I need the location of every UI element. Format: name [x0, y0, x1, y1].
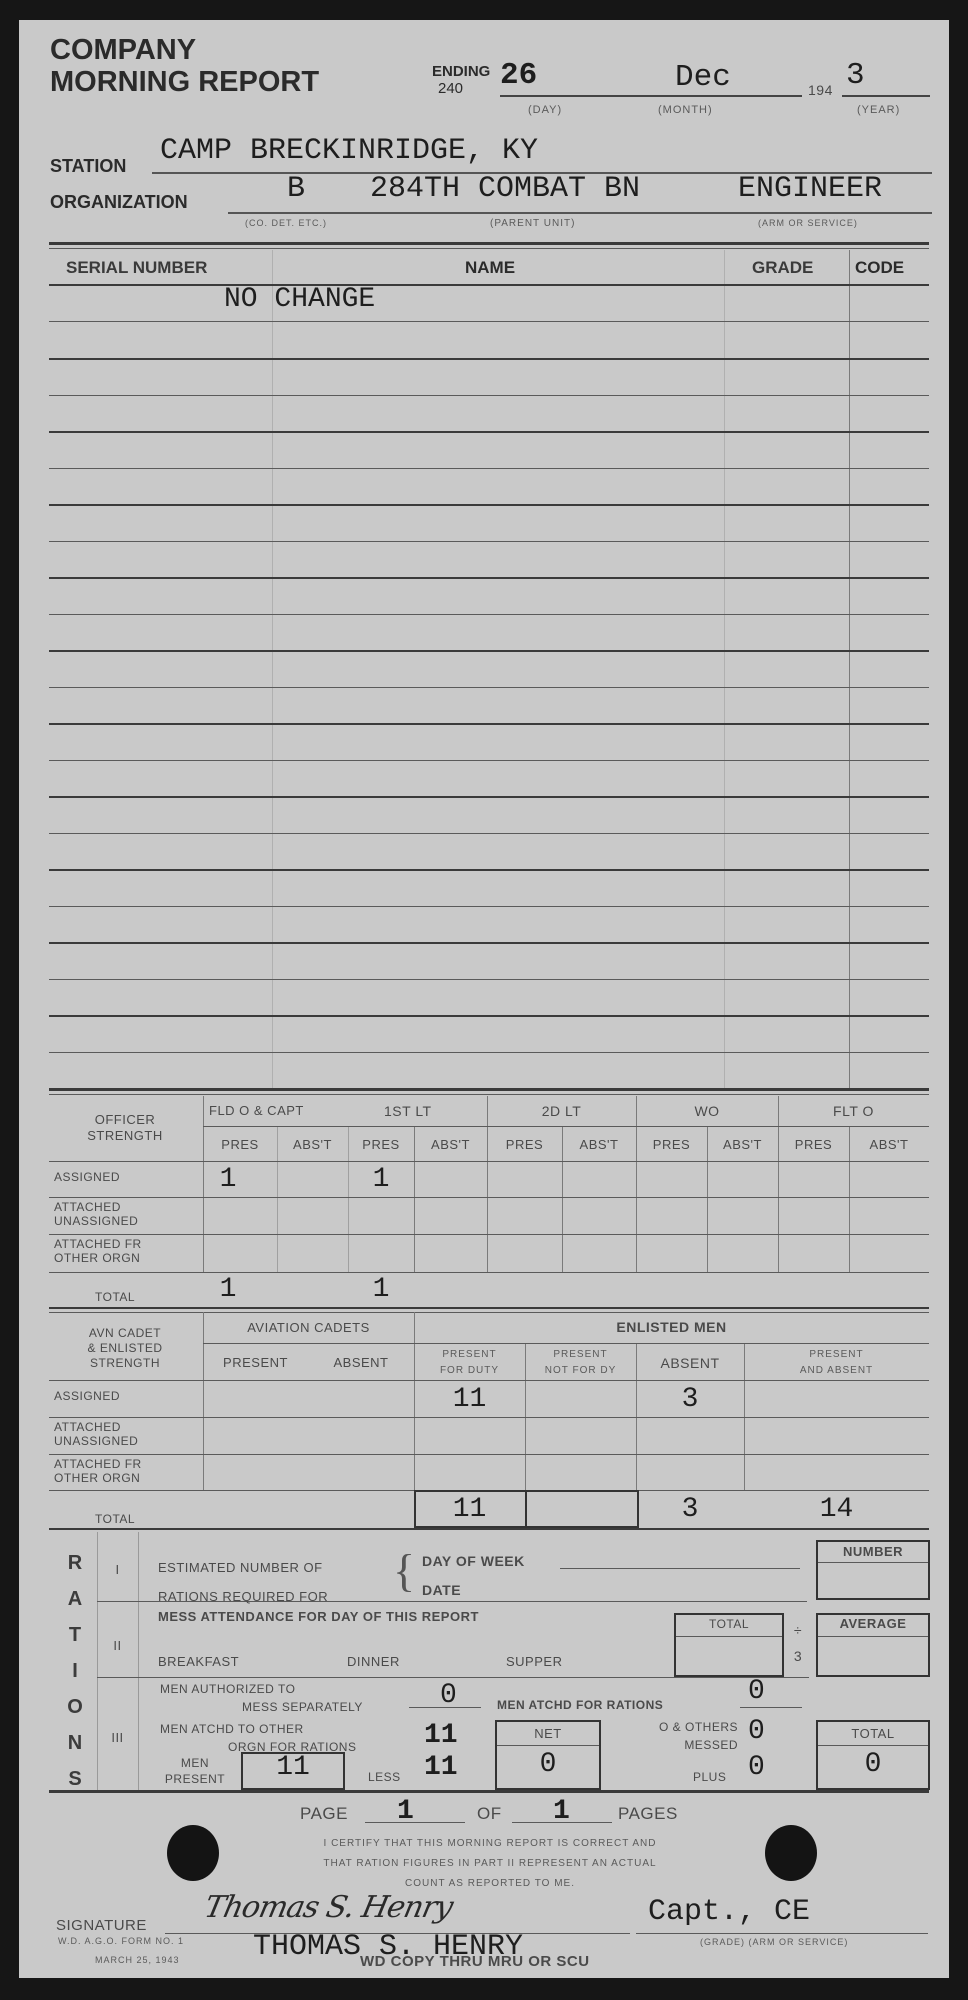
vline: [138, 1532, 139, 1790]
sub-abst: ABS'T: [414, 1137, 487, 1152]
sub-pres: PRES: [487, 1137, 562, 1152]
ending-label: ENDING: [432, 63, 490, 80]
officer-strength-title: OFFICER STRENGTH: [50, 1112, 200, 1144]
part-i-text: ESTIMATED NUMBER OF RATIONS REQUIRED FOR: [158, 1553, 328, 1611]
org-caption-arm: (ARM OR SERVICE): [758, 218, 858, 228]
less-value: 11: [424, 1752, 458, 1783]
net-value: 0: [495, 1749, 601, 1780]
average-label: AVERAGE: [816, 1616, 930, 1631]
text-line: ESTIMATED NUMBER OF: [158, 1553, 328, 1582]
vline: [778, 1096, 779, 1272]
row-rule: [49, 395, 929, 396]
others-messed-label: O & OTHERS MESSED: [628, 1718, 738, 1754]
hline: [49, 1312, 929, 1313]
letter: N: [60, 1725, 90, 1761]
mess-separately-value: 0: [440, 1680, 457, 1711]
label-line: ATTACHED: [54, 1420, 138, 1434]
plus-value: 0: [748, 1752, 765, 1783]
row-rule: [49, 358, 929, 360]
sub-abst: ABS'T: [277, 1137, 348, 1152]
less-label: LESS: [368, 1770, 401, 1784]
sub-cadet-absent: ABSENT: [308, 1355, 414, 1370]
officer-strength-title-2: STRENGTH: [50, 1128, 200, 1144]
date-underline: [500, 95, 802, 97]
header-name: NAME: [465, 258, 515, 278]
header-grade: GRADE: [752, 258, 813, 278]
row-rule: [49, 1015, 929, 1017]
ending-block: ENDING 240: [432, 63, 490, 97]
total-present-for-duty: 11: [414, 1494, 525, 1525]
hline: [49, 1161, 929, 1162]
title-line: STRENGTH: [50, 1356, 200, 1371]
letter: O: [60, 1689, 90, 1725]
ending-time: 240: [432, 80, 490, 97]
text-line: RATIONS REQUIRED FOR: [158, 1582, 328, 1611]
label-line: UNASSIGNED: [54, 1214, 138, 1228]
label-line: UNASSIGNED: [54, 1434, 138, 1448]
signer-rank: Capt., CE: [648, 1895, 810, 1929]
row-rule: [49, 1088, 929, 1091]
row-rule: [49, 796, 929, 798]
hline: [497, 1745, 599, 1746]
title-line: AVN CADET: [50, 1326, 200, 1341]
organization-underline: [228, 212, 932, 214]
hline: [676, 1636, 782, 1637]
assigned-1st-lt-pres: 1: [348, 1164, 414, 1195]
report-day: 26: [500, 58, 537, 93]
hline: [49, 1307, 929, 1309]
row-rule: [49, 650, 929, 652]
total-fld-capt-pres: 1: [203, 1274, 253, 1305]
row-rule: [49, 906, 929, 907]
row-rule: [49, 869, 929, 871]
row-rule: [49, 431, 929, 433]
no-change-entry: NO CHANGE: [224, 284, 375, 315]
total-1st-lt-pres: 1: [348, 1274, 414, 1305]
rations-total-label: TOTAL: [816, 1726, 930, 1741]
sub-pres: PRES: [348, 1137, 414, 1152]
row-label-total: TOTAL: [95, 1512, 135, 1526]
row-label-attached-other: ATTACHED FR OTHER ORGN: [54, 1457, 142, 1485]
station-label: STATION: [50, 156, 126, 177]
text-line: THAT RATION FIGURES IN PART II REPRESENT…: [260, 1854, 720, 1874]
hline: [49, 1197, 929, 1198]
label-line: ATTACHED: [54, 1200, 138, 1214]
text-line: O & OTHERS: [628, 1718, 738, 1736]
group-flt-o: FLT O: [778, 1103, 929, 1119]
supper-label: SUPPER: [506, 1654, 562, 1669]
station-value: CAMP BRECKINRIDGE, KY: [160, 134, 538, 168]
atchd-other-orgn-label: MEN ATCHD TO OTHER ORGN FOR RATIONS: [160, 1720, 356, 1756]
of-value: 1: [553, 1796, 570, 1827]
text-line: PRESENT: [150, 1771, 240, 1787]
group-2d-lt: 2D LT: [487, 1103, 636, 1119]
sub-line: PRESENT: [744, 1347, 929, 1363]
text-line: I CERTIFY THAT THIS MORNING REPORT IS CO…: [260, 1834, 720, 1854]
col-divider-serial: [272, 250, 273, 1088]
form-title-line1: COMPANY: [50, 34, 319, 66]
row-rule: [49, 504, 929, 506]
vline: [487, 1096, 488, 1272]
year-prefix: 194: [808, 82, 833, 98]
header-serial-number: SERIAL NUMBER: [66, 258, 207, 278]
row-label-assigned: ASSIGNED: [54, 1170, 120, 1184]
mess-attendance-title: MESS ATTENDANCE FOR DAY OF THIS REPORT: [158, 1609, 479, 1624]
row-rule: [49, 833, 929, 834]
form-title-line2: MORNING REPORT: [50, 66, 319, 98]
of-label: OF: [477, 1804, 502, 1824]
part-ii-numeral: II: [97, 1638, 138, 1653]
divide-by-three: ÷ 3: [786, 1617, 810, 1669]
hline: [49, 1528, 929, 1530]
title-line: & ENLISTED: [50, 1341, 200, 1356]
year-underline: [842, 95, 930, 97]
text-line: MESS SEPARATELY: [160, 1698, 363, 1716]
sub-abst: ABS'T: [707, 1137, 778, 1152]
label-line: ATTACHED FR: [54, 1237, 142, 1251]
page-label: PAGE: [300, 1804, 348, 1824]
breakfast-label: BREAKFAST: [158, 1654, 239, 1669]
part-i-numeral: I: [97, 1562, 138, 1577]
row-rule: [49, 723, 929, 725]
row-label-assigned: ASSIGNED: [54, 1389, 120, 1403]
rank-caption: (GRADE) (ARM OR SERVICE): [700, 1937, 848, 1947]
routing-note: WD COPY THRU MRU OR SCU: [360, 1953, 590, 1970]
hline: [203, 1126, 929, 1127]
text-line: MESSED: [628, 1736, 738, 1754]
row-label-attached-unassigned: ATTACHED UNASSIGNED: [54, 1420, 138, 1448]
hline: [203, 1343, 929, 1344]
sub-line: AND ABSENT: [744, 1363, 929, 1379]
row-rule: [49, 760, 929, 761]
sub-pres: PRES: [778, 1137, 849, 1152]
sub-present-not-for-duty: PRESENT NOT FOR DY: [525, 1347, 636, 1379]
divisor: 3: [786, 1643, 810, 1669]
total-absent: 3: [636, 1494, 744, 1525]
day-of-week-label: DAY OF WEEK: [422, 1553, 525, 1569]
sub-line: FOR DUTY: [414, 1363, 525, 1379]
hline: [818, 1562, 928, 1563]
org-caption-parent: (PARENT UNIT): [490, 218, 575, 229]
row-rule: [49, 284, 929, 286]
sub-abst: ABS'T: [562, 1137, 636, 1152]
text-line: MEN AUTHORIZED TO: [160, 1680, 363, 1698]
assigned-present-for-duty: 11: [414, 1384, 525, 1415]
certification-text: I CERTIFY THAT THIS MORNING REPORT IS CO…: [260, 1834, 720, 1894]
report-month: Dec: [675, 60, 731, 95]
letter: T: [60, 1617, 90, 1653]
month-caption: (MONTH): [658, 104, 713, 116]
letter: S: [60, 1761, 90, 1797]
dinner-label: DINNER: [347, 1654, 400, 1669]
letter: I: [60, 1653, 90, 1689]
men-present-value: 11: [241, 1752, 345, 1783]
row-label-attached-other: ATTACHED FR OTHER ORGN: [54, 1237, 142, 1265]
hline: [97, 1677, 809, 1678]
organization-label: ORGANIZATION: [50, 192, 188, 213]
date-label: DATE: [422, 1582, 461, 1598]
row-label-attached-unassigned: ATTACHED UNASSIGNED: [54, 1200, 138, 1228]
sub-pres: PRES: [636, 1137, 707, 1152]
punch-hole-right: [765, 1825, 817, 1881]
plus-label: PLUS: [693, 1770, 726, 1784]
underline: [740, 1707, 802, 1708]
form-number: W.D. A.G.O. FORM NO. 1: [58, 1936, 184, 1946]
punch-hole-left: [167, 1825, 219, 1881]
page-underline: [365, 1822, 465, 1823]
sub-cadet-present: PRESENT: [203, 1355, 308, 1370]
pages-label: PAGES: [618, 1804, 678, 1824]
vline: [525, 1490, 527, 1527]
divide-icon: ÷: [786, 1617, 810, 1643]
enlisted-strength-title: AVN CADET & ENLISTED STRENGTH: [50, 1326, 200, 1371]
label-line: ATTACHED FR: [54, 1457, 142, 1471]
label-line: OTHER ORGN: [54, 1471, 142, 1485]
row-rule: [49, 321, 929, 322]
text-line: MEN: [150, 1755, 240, 1771]
org-parent-unit: 284TH COMBAT BN: [370, 172, 640, 206]
number-label: NUMBER: [816, 1544, 930, 1559]
group-1st-lt: 1ST LT: [384, 1103, 432, 1119]
others-messed-value: 0: [748, 1716, 765, 1747]
col-divider-name: [724, 250, 725, 1088]
sub-line: PRESENT: [414, 1347, 525, 1363]
year-caption: (YEAR): [857, 104, 900, 116]
men-atchd-rations-label: MEN ATCHD FOR RATIONS: [497, 1698, 663, 1712]
col-divider-grade: [849, 250, 850, 1088]
vline: [636, 1096, 637, 1272]
sub-present-and-absent: PRESENT AND ABSENT: [744, 1347, 929, 1379]
group-aviation-cadets: AVIATION CADETS: [203, 1320, 414, 1335]
part-iii-numeral: III: [97, 1730, 138, 1745]
row-rule: [49, 979, 929, 980]
row-rule: [49, 942, 929, 944]
morning-report-form: [19, 20, 949, 1978]
letter: R: [60, 1545, 90, 1581]
text-line: MEN ATCHD TO OTHER: [160, 1720, 356, 1738]
group-enlisted-men: ENLISTED MEN: [414, 1319, 929, 1335]
assigned-absent: 3: [636, 1384, 744, 1415]
table-top-rule-inner: [49, 248, 929, 249]
row-rule: [49, 577, 929, 579]
letter: A: [60, 1581, 90, 1617]
sub-abst: ABS'T: [849, 1137, 929, 1152]
atchd-other-orgn-value: 11: [424, 1720, 458, 1751]
row-rule: [49, 541, 929, 542]
hline: [49, 1454, 929, 1455]
signature-label: SIGNATURE: [56, 1917, 147, 1934]
header-code: CODE: [855, 258, 904, 278]
vline: [203, 1312, 204, 1490]
hline: [49, 1790, 929, 1793]
row-rule: [49, 1052, 929, 1053]
table-top-rule: [49, 242, 929, 245]
org-arm-service: ENGINEER: [738, 172, 882, 206]
mess-separately-label: MEN AUTHORIZED TO MESS SEPARATELY: [160, 1680, 363, 1716]
day-of-week-field[interactable]: [560, 1568, 800, 1569]
hline: [49, 1272, 929, 1273]
hline: [49, 1380, 929, 1381]
sub-line: PRESENT: [525, 1347, 636, 1363]
rations-total-value: 0: [816, 1749, 930, 1780]
row-rule: [49, 468, 929, 469]
total-attendance-label: TOTAL: [674, 1617, 784, 1631]
sub-absent: ABSENT: [636, 1355, 744, 1371]
sub-present-for-duty: PRESENT FOR DUTY: [414, 1347, 525, 1379]
row-rule: [49, 687, 929, 688]
officer-strength-title-1: OFFICER: [50, 1112, 200, 1128]
org-caption-co: (CO. DET. ETC.): [245, 218, 327, 228]
total-present-and-absent: 14: [744, 1494, 929, 1525]
group-wo: WO: [636, 1103, 778, 1119]
rank-line: [636, 1933, 928, 1934]
sub-pres: PRES: [203, 1137, 277, 1152]
org-company: B: [287, 172, 305, 206]
net-label: NET: [495, 1726, 601, 1741]
hline: [818, 1636, 928, 1637]
row-label-total: TOTAL: [95, 1290, 135, 1304]
form-date: MARCH 25, 1943: [95, 1955, 180, 1965]
men-present-label: MEN PRESENT: [150, 1755, 240, 1787]
group-fld-capt: FLD O & CAPT: [209, 1103, 304, 1118]
assigned-fld-capt-pres: 1: [203, 1164, 253, 1195]
men-atchd-rations-value: 0: [748, 1676, 765, 1707]
row-rule: [49, 1094, 929, 1095]
row-rule: [49, 614, 929, 615]
page-value: 1: [397, 1796, 414, 1827]
brace-icon: {: [393, 1548, 415, 1594]
hline: [49, 1234, 929, 1235]
handwritten-signature: Thomas S. Henry: [201, 1890, 455, 1925]
form-title: COMPANY MORNING REPORT: [50, 34, 319, 98]
hline: [818, 1745, 928, 1746]
sub-line: NOT FOR DY: [525, 1363, 636, 1379]
hline: [49, 1417, 929, 1418]
rations-side-label: R A T I O N S: [60, 1545, 90, 1797]
label-line: OTHER ORGN: [54, 1251, 142, 1265]
day-caption: (DAY): [528, 104, 562, 116]
report-year: 3: [846, 58, 865, 93]
